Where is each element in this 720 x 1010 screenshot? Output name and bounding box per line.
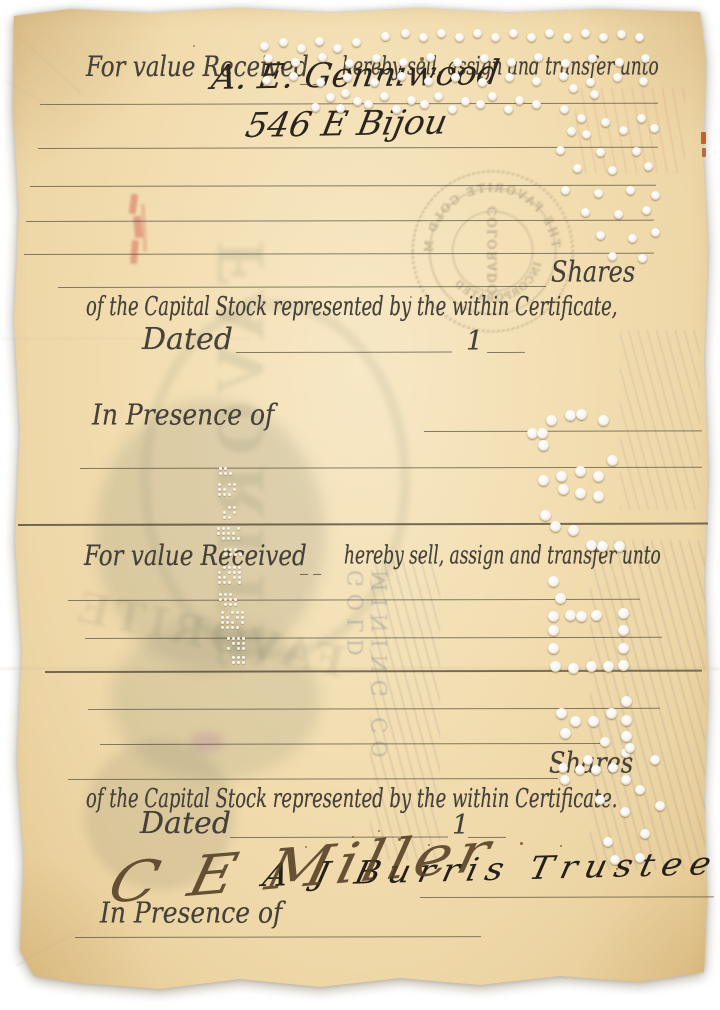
pinprick-perforation [229, 553, 232, 556]
perforation-hole [407, 96, 416, 105]
perforation-hole [588, 54, 597, 63]
perforation-hole [488, 92, 497, 101]
perforation-hole [655, 801, 665, 811]
pinprick-perforation [231, 611, 234, 614]
perforation-hole [582, 130, 591, 139]
pinprick-perforation [242, 637, 245, 640]
ruled-line [75, 936, 481, 938]
perforation-hole [437, 29, 446, 38]
perforation-hole [635, 33, 644, 42]
ruled-line [18, 523, 708, 526]
certificate-back-content: FAVORITE FAVORITE GOLD MINING CO THE FAV… [0, 0, 720, 1010]
pinprick-perforation [219, 593, 222, 596]
perforation-hole [599, 33, 608, 42]
perforation-hole [586, 661, 597, 672]
presence-label: In Presence of [92, 398, 274, 431]
ghost-purple-smudge [190, 732, 224, 752]
pinprick-perforation [218, 581, 221, 584]
ruled-line [88, 708, 660, 710]
pinprick-perforation [228, 483, 231, 486]
pinprick-perforation [223, 488, 226, 491]
perforation-hole [558, 484, 569, 495]
pinprick-perforation [232, 637, 235, 640]
perforation-hole [561, 59, 570, 68]
perforation-hole [575, 488, 586, 499]
capital-stock-text: of the Capital Stock represented by the … [86, 292, 618, 322]
dated-label: Dated [142, 322, 233, 357]
perforation-hole [556, 471, 567, 482]
pinprick-perforation [219, 598, 222, 601]
pinprick-perforation [234, 553, 237, 556]
pinprick-perforation [231, 621, 234, 624]
perforation-hole [559, 72, 568, 81]
perforation-hole [586, 78, 595, 87]
ghost-handwriting-hatch [370, 560, 440, 860]
perforation-hole [336, 104, 345, 113]
perforation-hole [426, 53, 435, 62]
pinprick-perforation [237, 527, 240, 530]
perforation-hole [625, 743, 635, 753]
perforation-hole [581, 208, 590, 217]
perforation-hole [548, 576, 559, 587]
pinprick-perforation [242, 656, 245, 659]
pinprick-perforation [233, 506, 236, 509]
perforation-hole [641, 54, 650, 63]
pinprick-perforation [232, 642, 235, 645]
pinprick-perforation [224, 548, 227, 551]
pinprick-perforation [222, 532, 225, 535]
perforation-hole [573, 164, 582, 173]
perforation-hole [565, 410, 576, 421]
pinprick-perforation [226, 621, 229, 624]
perforation-hole [590, 90, 599, 99]
perforation-hole [568, 663, 579, 674]
ruled-line [85, 637, 662, 639]
perforation-hole [548, 643, 559, 654]
pinprick-perforation [233, 566, 236, 569]
foxing-spot [560, 845, 562, 847]
perforation-hole [546, 415, 557, 426]
pinprick-perforation [232, 656, 235, 659]
perforation-hole [569, 84, 578, 93]
perforation-hole [352, 38, 361, 47]
perforation-hole [618, 625, 629, 636]
ruled-line [424, 430, 702, 432]
pinprick-perforation [238, 566, 241, 569]
pinprick-perforation [223, 493, 226, 496]
certificate-scan: FAVORITE FAVORITE GOLD MINING CO THE FAV… [0, 0, 720, 1010]
pinprick-perforation [224, 593, 227, 596]
perforation-hole [603, 661, 614, 672]
perforation-hole [478, 78, 487, 87]
perforation-hole [621, 775, 631, 785]
perforation-hole [455, 33, 464, 42]
perforation-hole [451, 73, 460, 82]
pinprick-perforation [221, 626, 224, 629]
pinprick-perforation [229, 598, 232, 601]
perforation-hole [593, 491, 604, 502]
perforation-hole [619, 126, 628, 135]
foxing-spot [420, 57, 424, 61]
perforation-hole [651, 191, 660, 200]
perforation-hole [644, 162, 653, 171]
ghost-handwriting-hatch [590, 540, 705, 870]
perforation-hole [555, 593, 566, 604]
pinprick-perforation [218, 493, 221, 496]
ghost-red-text-bleed [575, 88, 685, 173]
perforation-hole [598, 415, 609, 426]
perforation-hole [650, 755, 660, 765]
perforation-hole [618, 660, 629, 671]
pinprick-perforation [233, 488, 236, 491]
perforation-hole [507, 58, 516, 67]
perforation-hole [628, 234, 637, 243]
perforation-hole [600, 737, 610, 747]
pinprick-perforation [234, 603, 237, 606]
perforation-hole [596, 148, 605, 157]
dated-label: Dated [140, 806, 231, 841]
perforation-hole [289, 72, 298, 81]
foxing-spot [352, 836, 354, 838]
pinprick-perforation [227, 532, 230, 535]
pinprick-perforation [233, 511, 236, 514]
edge-residue-mark [701, 132, 706, 144]
pinprick-perforation [242, 661, 245, 664]
perforation-hole [476, 100, 485, 109]
perforation-hole [621, 696, 632, 707]
perforation-hole [614, 210, 623, 219]
pinprick-perforation [234, 598, 237, 601]
dated-year-prefix: 1 [466, 326, 483, 357]
ghost-handwriting-hatch [620, 330, 700, 510]
perforation-hole [618, 608, 629, 619]
perforation-hole [597, 541, 608, 552]
pinprick-perforation [221, 611, 224, 614]
foxing-spot [193, 45, 195, 47]
perforation-hole [343, 73, 352, 82]
perforation-hole [607, 455, 618, 466]
pinprick-perforation [228, 506, 231, 509]
pinprick-perforation [237, 647, 240, 650]
perforation-hole [550, 521, 561, 532]
perforation-hole [576, 409, 587, 420]
perforation-hole [448, 105, 457, 114]
perforation-hole [424, 77, 433, 86]
perforation-hole [567, 127, 576, 136]
perforation-hole [617, 30, 626, 39]
pinprick-perforation [222, 537, 225, 540]
foxing-spot [520, 842, 523, 845]
perforation-hole [565, 610, 576, 621]
foxing-spot [398, 838, 401, 841]
pinprick-perforation [233, 576, 236, 579]
perforation-hole [556, 708, 567, 719]
assignee-address-handwritten: 546 E Bijou [242, 103, 451, 146]
foxing-spot [305, 846, 307, 848]
pinprick-perforation [232, 532, 235, 535]
blank-line-marks: _ _ [300, 556, 321, 575]
ruled-line [80, 467, 702, 469]
perforation-hole [614, 541, 625, 552]
pinprick-perforation [218, 488, 221, 491]
perforation-hole [621, 731, 632, 742]
perforation-hole [297, 44, 306, 53]
perforation-hole [608, 252, 617, 261]
perforation-hole [632, 147, 641, 156]
perforation-hole [420, 100, 429, 109]
pinprick-perforation [228, 516, 231, 519]
pinprick-perforation [241, 611, 244, 614]
pinprick-perforation [236, 626, 239, 629]
shares-label: Shares [551, 255, 635, 289]
perforation-hole [341, 89, 350, 98]
perforation-hole [581, 29, 590, 38]
perforation-hole [635, 853, 645, 863]
perforation-hole [480, 54, 489, 63]
pinprick-perforation [238, 571, 241, 574]
perforation-hole [316, 78, 325, 87]
pinprick-perforation [219, 467, 222, 470]
pinprick-perforation [228, 571, 231, 574]
perforation-hole [545, 29, 554, 38]
perforation-hole [621, 715, 632, 726]
perforation-hole [538, 440, 549, 451]
perforation-hole [461, 97, 470, 106]
pinprick-perforation [231, 626, 234, 629]
perforation-hole [570, 716, 581, 727]
perforation-hole [560, 728, 571, 739]
perforation-hole [515, 96, 524, 105]
perforation-hole [291, 58, 300, 67]
ruled-line [38, 147, 658, 149]
perforation-hole [505, 73, 514, 82]
pinprick-perforation [238, 576, 241, 579]
foxing-spot [447, 846, 449, 848]
perforation-hole [556, 146, 565, 155]
pinprick-perforation [241, 616, 244, 619]
perforation-hole [588, 716, 599, 727]
pinprick-perforation [229, 472, 232, 475]
ghost-company-name-bleed: GOLD MINING CO [344, 570, 392, 790]
perforation-hole [626, 186, 635, 195]
pinprick-perforation [228, 566, 231, 569]
ruled-line [100, 743, 600, 745]
pinprick-perforation [223, 576, 226, 579]
perforation-hole [419, 33, 428, 42]
pinprick-perforation [226, 616, 229, 619]
perforation-hole [560, 775, 570, 785]
perforation-hole [326, 93, 335, 102]
foxing-spot [410, 296, 412, 298]
perforation-hole [537, 428, 548, 439]
pinprick-perforation [237, 642, 240, 645]
perforation-hole [594, 189, 603, 198]
perforation-hole [651, 228, 660, 237]
pinprick-perforation [227, 647, 230, 650]
pinprick-perforation [227, 537, 230, 540]
pinprick-perforation [242, 647, 245, 650]
perforation-hole [595, 795, 605, 805]
ruled-line [420, 896, 714, 898]
edge-residue-mark [702, 148, 706, 157]
perforation-hole [548, 611, 559, 622]
perforation-hole [353, 97, 362, 106]
ruled-line [68, 778, 558, 780]
perforation-hole [560, 105, 569, 114]
pinprick-perforation [221, 621, 224, 624]
pinprick-perforation [217, 532, 220, 535]
perforation-hole [568, 525, 579, 536]
perforation-hole [586, 540, 597, 551]
perforation-hole [364, 100, 373, 109]
perforation-hole [613, 73, 622, 82]
pinprick-perforation [242, 642, 245, 645]
pinprick-perforation [236, 611, 239, 614]
pinprick-perforation [217, 527, 220, 530]
pinprick-perforation [218, 576, 221, 579]
perforation-hole [550, 661, 561, 672]
pinprick-perforation [227, 637, 230, 640]
perforation-hole [532, 100, 541, 109]
perforation-hole [603, 837, 613, 847]
perforation-hole [527, 33, 536, 42]
pinprick-perforation [224, 472, 227, 475]
pinprick-perforation [232, 537, 235, 540]
ruled-line [487, 352, 525, 353]
pinprick-perforation [237, 637, 240, 640]
perforation-hole [264, 54, 273, 63]
pinprick-perforation [226, 626, 229, 629]
ghost-front-vignette [95, 400, 325, 670]
pinprick-perforation [237, 656, 240, 659]
pinprick-perforation [222, 527, 225, 530]
foxing-spot [616, 868, 618, 870]
perforation-hole [563, 33, 572, 42]
pinprick-perforation [224, 467, 227, 470]
perforation-hole [504, 105, 513, 114]
perforation-hole [637, 114, 646, 123]
perforation-hole [576, 611, 587, 622]
ghost-front-vignette [110, 620, 320, 780]
pinprick-perforation [229, 603, 232, 606]
pinprick-perforation [224, 603, 227, 606]
pinprick-perforation [223, 516, 226, 519]
perforation-hole [372, 54, 381, 63]
pinprick-perforation [241, 621, 244, 624]
perforation-hole [575, 765, 585, 775]
perforation-hole [540, 510, 551, 521]
pinprick-perforation [228, 581, 231, 584]
perforation-hole [583, 755, 593, 765]
perforation-hole [591, 610, 602, 621]
perforation-hole [262, 76, 271, 85]
perforation-hole [434, 92, 443, 101]
assignment-lead-text: For value Received [84, 541, 307, 572]
pinprick-perforation [224, 553, 227, 556]
perforation-hole [608, 763, 618, 773]
pinprick-perforation [237, 537, 240, 540]
perforation-hole [606, 708, 617, 719]
perforation-hole [453, 58, 462, 67]
perforation-hole [615, 58, 624, 67]
perforation-hole [333, 44, 342, 53]
perforation-hole [640, 829, 650, 839]
foxing-spot [424, 863, 426, 865]
perforation-hole [620, 807, 630, 817]
ruled-line [236, 352, 452, 353]
pinprick-perforation [223, 581, 226, 584]
foxing-spot [397, 860, 400, 863]
pinprick-perforation [219, 472, 222, 475]
perforation-hole [618, 643, 629, 654]
perforation-hole [558, 763, 568, 773]
pinprick-perforation [229, 593, 232, 596]
perforation-hole [473, 29, 482, 38]
perforation-hole [639, 77, 648, 86]
pinprick-perforation [233, 483, 236, 486]
perforation-hole [532, 77, 541, 86]
corner-crease [16, 36, 81, 94]
pinprick-perforation [227, 527, 230, 530]
perforation-hole [315, 37, 324, 46]
perforation-hole [380, 92, 389, 101]
pinprick-perforation [236, 616, 239, 619]
perforation-hole [534, 53, 543, 62]
red-stamp-ghost [120, 192, 162, 270]
perforation-hole [392, 105, 401, 114]
perforation-hole [577, 114, 586, 123]
perforation-hole [397, 72, 406, 81]
pinprick-perforation [223, 566, 226, 569]
perforation-hole [538, 475, 549, 486]
pinprick-perforation [239, 553, 242, 556]
perforation-hole [548, 625, 559, 636]
pinprick-perforation [218, 483, 221, 486]
pinprick-perforation [228, 493, 231, 496]
perforation-hole [591, 765, 601, 775]
perforation-hole [650, 124, 659, 133]
perforation-hole [370, 78, 379, 87]
perforation-hole [608, 166, 617, 175]
perforation-hole [601, 118, 610, 127]
perforation-hole [491, 33, 500, 42]
perforation-hole [527, 428, 538, 439]
perforation-hole [610, 855, 620, 865]
perforation-hole [399, 58, 408, 67]
pinprick-perforation [229, 548, 232, 551]
pinprick-perforation [224, 598, 227, 601]
pinprick-perforation [237, 661, 240, 664]
perforation-hole [638, 254, 647, 263]
perforation-hole [575, 466, 586, 477]
pinprick-perforation [234, 548, 237, 551]
pinprick-perforation [238, 581, 241, 584]
foxing-spot [428, 844, 430, 846]
perforation-hole [561, 186, 570, 195]
perforation-hole [593, 471, 604, 482]
corner-crease [16, 927, 88, 966]
pinprick-perforation [218, 571, 221, 574]
pinprick-perforation [232, 661, 235, 664]
perforation-hole [642, 206, 651, 215]
perforation-hole [381, 32, 390, 41]
perforation-hole [345, 59, 354, 68]
perforation-hole [318, 53, 327, 62]
perforation-hole [635, 785, 645, 795]
pinprick-perforation [223, 511, 226, 514]
perforation-hole [260, 42, 269, 51]
perforation-hole [279, 38, 288, 47]
